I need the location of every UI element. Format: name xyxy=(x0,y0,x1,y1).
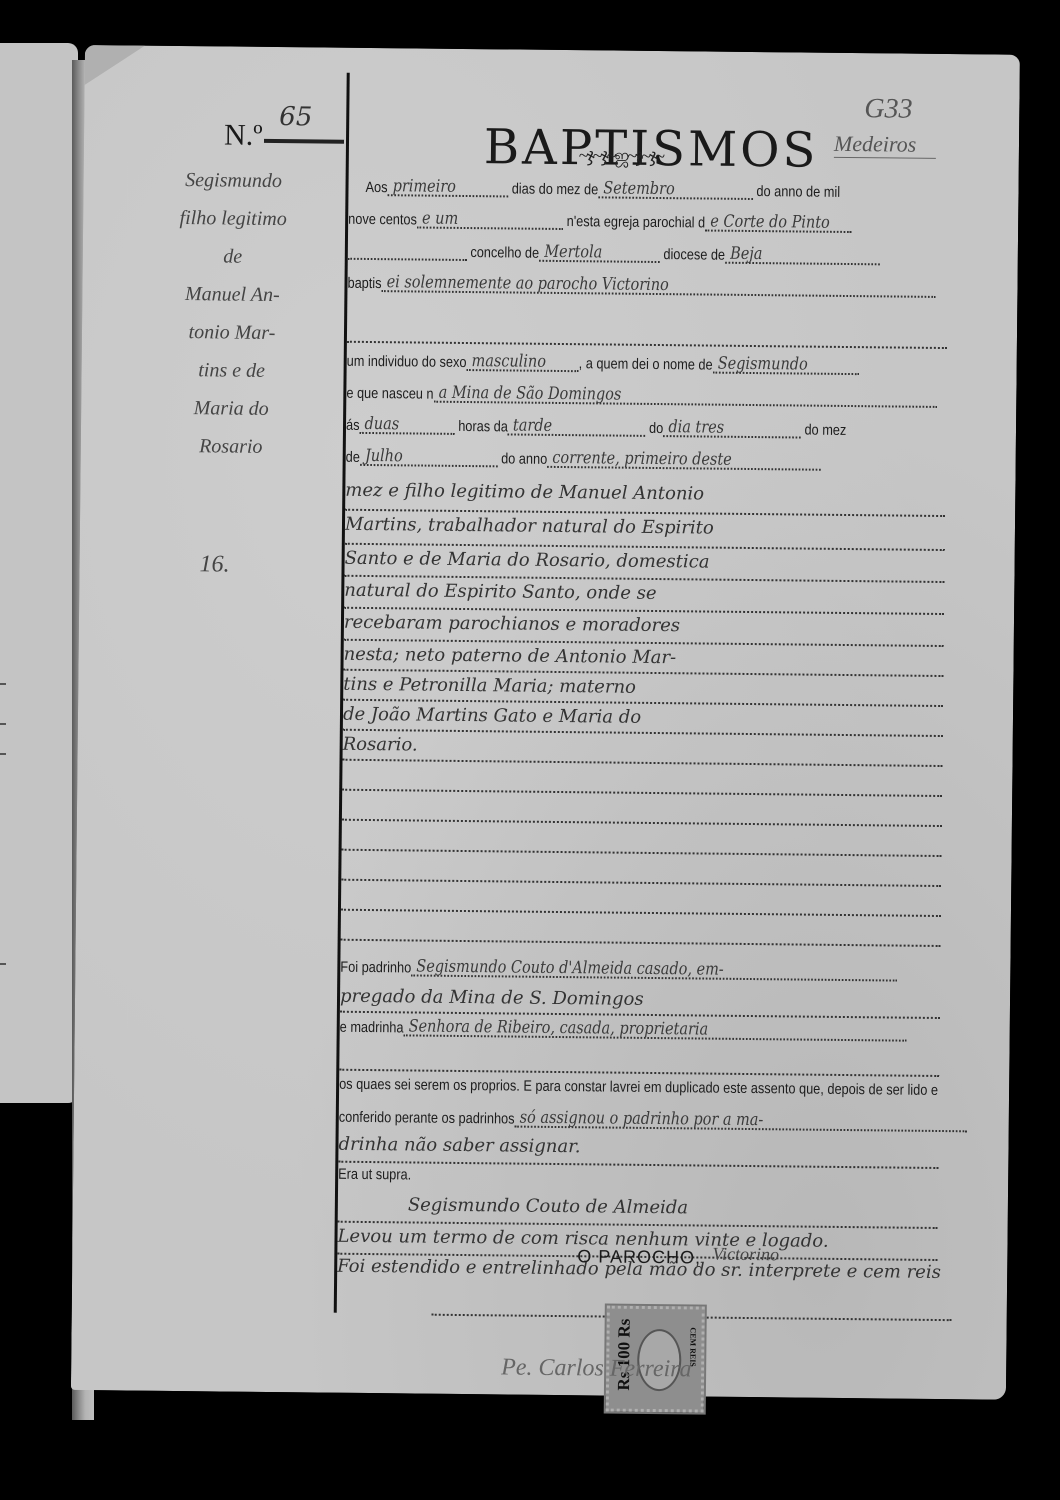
record-text-line: Martins, trabalhador natural do Espirito xyxy=(345,514,714,539)
page-fold xyxy=(85,45,145,86)
godmother-label: e madrinha xyxy=(340,1019,404,1037)
number-label: N.º xyxy=(224,118,263,152)
label: baptis xyxy=(347,275,381,292)
label: um individuo do sexo xyxy=(347,353,467,371)
county-field: Mertola xyxy=(539,242,660,263)
birthplace-field: a Mina de São Domingos xyxy=(433,383,936,408)
label: do anno xyxy=(501,450,547,467)
birth-month-field: Julho xyxy=(360,446,498,467)
priest-signature: Pe. Carlos Ferreira xyxy=(501,1354,692,1383)
left-page-mark xyxy=(0,963,6,965)
signature-godfather: Segismundo Couto de Almeida xyxy=(408,1194,688,1218)
record-text-line: natural do Espirito Santo, onde se xyxy=(344,580,656,604)
label: dias do mez de xyxy=(512,180,599,198)
label: Aos xyxy=(365,179,387,196)
register-page: N.º 65 BAPTISMOS ~ჯ~ჯ~ஜ~ჯ~ჯ~ G33 Medeiro… xyxy=(71,45,1020,1400)
label: conferido perante os padrinhos xyxy=(339,1109,515,1128)
label: e que nasceu n xyxy=(346,385,433,403)
margin-line: Manuel An- xyxy=(132,275,332,315)
record-text-line: nesta; neto paterno de Antonio Mar- xyxy=(344,644,677,668)
record-text-line: mez e filho legitimo de Manuel Antonio xyxy=(345,480,704,505)
margin-line: Maria do xyxy=(131,389,331,429)
form-line-baptism: baptisei solemnemente ao parocho Victori… xyxy=(347,272,862,307)
child-name-field: Segismundo xyxy=(713,354,859,376)
godfather-continued: pregado da Mina de S. Domingos xyxy=(340,986,644,1010)
godfather-label: Foi padrinho xyxy=(340,959,411,977)
parocho-label: O PAROCHO, xyxy=(577,1246,701,1268)
record-text-line: recebaram parochianos e moradores xyxy=(344,612,680,637)
margin-line: Rosario xyxy=(131,427,331,467)
label: ás xyxy=(346,417,360,434)
form-line-county: concelho deMertola diocese deBeja xyxy=(348,240,863,275)
dotted-line xyxy=(347,340,947,349)
record-text-line: tins e Petronilla Maria; materno xyxy=(343,674,636,698)
parocho-signature: Victorino xyxy=(712,1244,779,1266)
label: n'esta egreja parochial d xyxy=(567,213,706,231)
godmother-field: Senhora de Ribeiro, casada, proprietaria xyxy=(403,1016,906,1041)
left-page-mark xyxy=(0,723,6,725)
form-line-godmother: e madrinhaSenhora de Ribeiro, casada, pr… xyxy=(340,1016,855,1051)
hours-field: duas xyxy=(359,414,454,435)
closing-field: só assignou o padrinho por a ma- xyxy=(514,1108,966,1133)
month-field: Setembro xyxy=(598,178,753,200)
form-line-sex: um individuo do sexomasculino, a quem de… xyxy=(347,350,862,385)
form-line-date: Aosprimeiro dias do mez deSetembro do an… xyxy=(348,176,863,211)
godfather-field: Segismundo Couto d'Almeida casado, em- xyxy=(411,956,897,981)
record-text-line: de João Martins Gato e Maria do xyxy=(343,704,641,728)
label: do mez xyxy=(804,422,846,439)
margin-line: tonio Mar- xyxy=(132,313,332,353)
label: concelho de xyxy=(470,244,539,262)
sex-field: masculino xyxy=(466,351,578,372)
label: diocese de xyxy=(663,246,725,264)
diocese-field: Beja xyxy=(725,244,880,266)
label: horas da xyxy=(458,418,508,436)
margin-number: 16. xyxy=(199,551,229,578)
margin-line: tins e de xyxy=(131,351,331,391)
form-line-birthplace: e que nasceu na Mina de São Domingos xyxy=(346,382,861,417)
ornament-flourish: ~ჯ~ჯ~ஜ~ჯ~ჯ~ xyxy=(579,145,663,169)
period-field: tarde xyxy=(508,415,646,436)
day-field: primeiro xyxy=(387,176,508,197)
number-underline xyxy=(264,139,344,144)
form-line-time: ásduas horas datarde dodia tres do mez xyxy=(346,414,861,449)
record-text-line: Santo e de Maria do Rosario, domestica xyxy=(345,548,710,573)
birth-year-field: corrente, primeiro deste xyxy=(547,448,821,471)
left-page-mark xyxy=(0,683,6,685)
label: nove centos xyxy=(348,211,417,229)
reference-name: Medeiros xyxy=(834,131,937,159)
reference-note: G33 xyxy=(864,93,913,126)
form-line-birthmonth: deJulho do annocorrente, primeiro deste xyxy=(346,446,861,481)
form-line-year: nove centose um n'esta egreja parochial … xyxy=(348,208,863,243)
label: , a quem dei o nome de xyxy=(579,355,713,373)
left-facing-page xyxy=(0,43,78,1103)
baptism-field: ei solemnemente ao parocho Victorino xyxy=(381,272,935,298)
record-text-line: Rosario. xyxy=(343,734,418,756)
margin-line: filho legitimo xyxy=(133,199,333,239)
parish-field: e Corte do Pinto xyxy=(705,212,851,234)
year-field: e um xyxy=(417,208,563,230)
label: do anno de mil xyxy=(756,183,840,201)
birth-day-field: dia tres xyxy=(663,417,801,438)
label: de xyxy=(346,449,360,466)
left-page-mark xyxy=(0,753,6,755)
label: do xyxy=(649,420,663,437)
margin-note: Segismundo filho legitimo de Manuel An- … xyxy=(131,161,334,467)
margin-line: de xyxy=(133,237,333,277)
margin-line: Segismundo xyxy=(133,161,333,201)
closing-continued: drinha não saber assignar. xyxy=(338,1134,580,1158)
record-number: 65 xyxy=(279,102,312,132)
